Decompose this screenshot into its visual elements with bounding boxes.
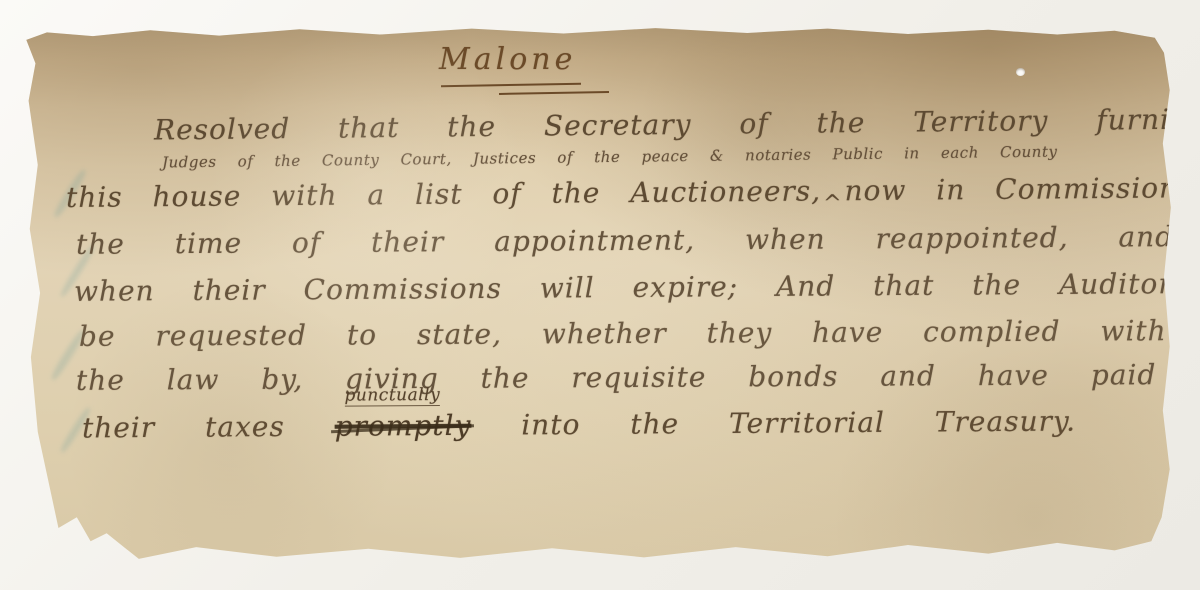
page-title: Malone bbox=[439, 42, 576, 77]
heading-underline bbox=[441, 83, 581, 87]
handwritten-line-6: the law by, giving the requisite bonds a… bbox=[76, 358, 1157, 397]
struck-word: promptly bbox=[335, 409, 472, 443]
line-2-text-after-caret: now in Commission;— bbox=[844, 171, 1200, 207]
handwritten-line-3: the time of their appointment, when reap… bbox=[76, 220, 1174, 261]
punch-hole bbox=[1016, 68, 1025, 76]
caret-mark: ^ bbox=[823, 191, 843, 216]
heading-wrap: Malone bbox=[439, 42, 576, 77]
interline-insertion: Judges of the County Court, Justices of … bbox=[162, 143, 1058, 172]
scanned-document-page: Malone Resolved that the Secretary of th… bbox=[0, 0, 1200, 590]
handwritten-line-4: when their Commissions will expire; And … bbox=[74, 267, 1173, 308]
struck-word-wrap: promptlypunctually bbox=[335, 409, 472, 443]
handwritten-line-2: this house with a list of the Auctioneer… bbox=[66, 171, 1200, 214]
line-7-text-end: into the Territorial Treasury. bbox=[521, 405, 1076, 442]
handwritten-line-7: their taxes promptlypunctually into the … bbox=[82, 405, 1076, 445]
heading-underline-flourish bbox=[499, 91, 609, 95]
handwritten-line-5: be requested to state, whether they have… bbox=[79, 314, 1167, 353]
line-7-text: their taxes bbox=[82, 410, 285, 444]
inserted-word: punctually bbox=[344, 385, 440, 407]
line-2-text: this house with a list of the Auctioneer… bbox=[66, 174, 821, 214]
handwritten-line-1: Resolved that the Secretary of the Terri… bbox=[154, 103, 1200, 147]
manuscript-paper: Malone Resolved that the Secretary of th… bbox=[24, 26, 1172, 560]
